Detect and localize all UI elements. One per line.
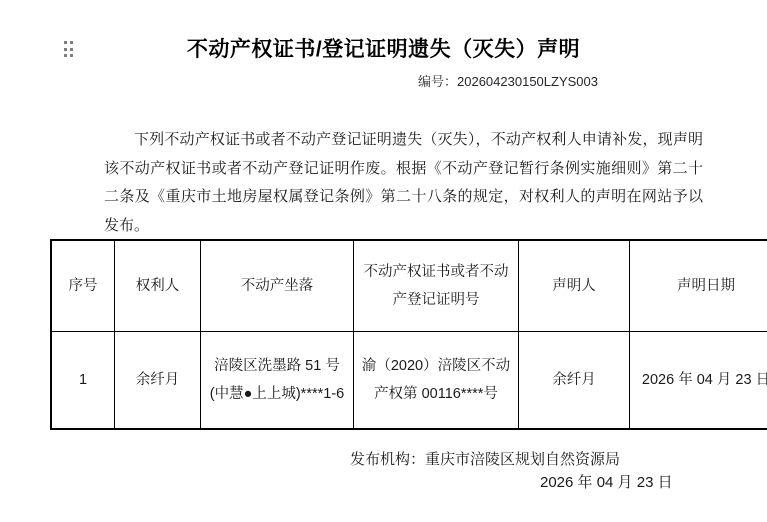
header-holder: 权利人 bbox=[115, 240, 201, 331]
header-cert-no: 不动产权证书或者不动产登记证明号 bbox=[354, 240, 519, 331]
announcement-page: 不动产权证书/登记证明遗失（灭失）声明 编号：202604230150LZYS0… bbox=[0, 0, 767, 522]
header-seq: 序号 bbox=[51, 240, 115, 331]
cell-location: 涪陵区洗墨路 51 号(中慧●上上城)****1-6 bbox=[201, 331, 354, 429]
header-date: 声明日期 bbox=[630, 240, 767, 331]
table-header-row: 序号 权利人 不动产坐落 不动产权证书或者不动产登记证明号 声明人 声明日期 bbox=[51, 240, 767, 331]
doc-number-label: 编号： bbox=[418, 74, 457, 89]
table-row: 1 余纤月 涪陵区洗墨路 51 号(中慧●上上城)****1-6 渝（2020）… bbox=[51, 331, 767, 429]
doc-number-value: 202604230150LZYS003 bbox=[457, 74, 598, 89]
cell-holder: 余纤月 bbox=[115, 331, 201, 429]
header-location: 不动产坐落 bbox=[201, 240, 354, 331]
cell-declarant: 余纤月 bbox=[519, 331, 630, 429]
page-title: 不动产权证书/登记证明遗失（灭失）声明 bbox=[0, 33, 767, 63]
header-declarant: 声明人 bbox=[519, 240, 630, 331]
cell-cert-no: 渝（2020）涪陵区不动产权第 00116****号 bbox=[354, 331, 519, 429]
loss-declaration-table: 序号 权利人 不动产坐落 不动产权证书或者不动产登记证明号 声明人 声明日期 1… bbox=[50, 239, 767, 430]
cell-seq: 1 bbox=[51, 331, 115, 429]
cell-date: 2026 年 04 月 23 日 bbox=[630, 331, 767, 429]
declaration-paragraph: 下列不动产权证书或者不动产登记证明遗失（灭失），不动产权利人申请补发，现声明该不… bbox=[104, 126, 703, 241]
publisher-line: 发布机构：重庆市涪陵区规划自然资源局 bbox=[350, 448, 620, 469]
doc-number-line: 编号：202604230150LZYS003 bbox=[418, 71, 598, 90]
publish-date: 2026 年 04 月 23 日 bbox=[540, 471, 673, 492]
